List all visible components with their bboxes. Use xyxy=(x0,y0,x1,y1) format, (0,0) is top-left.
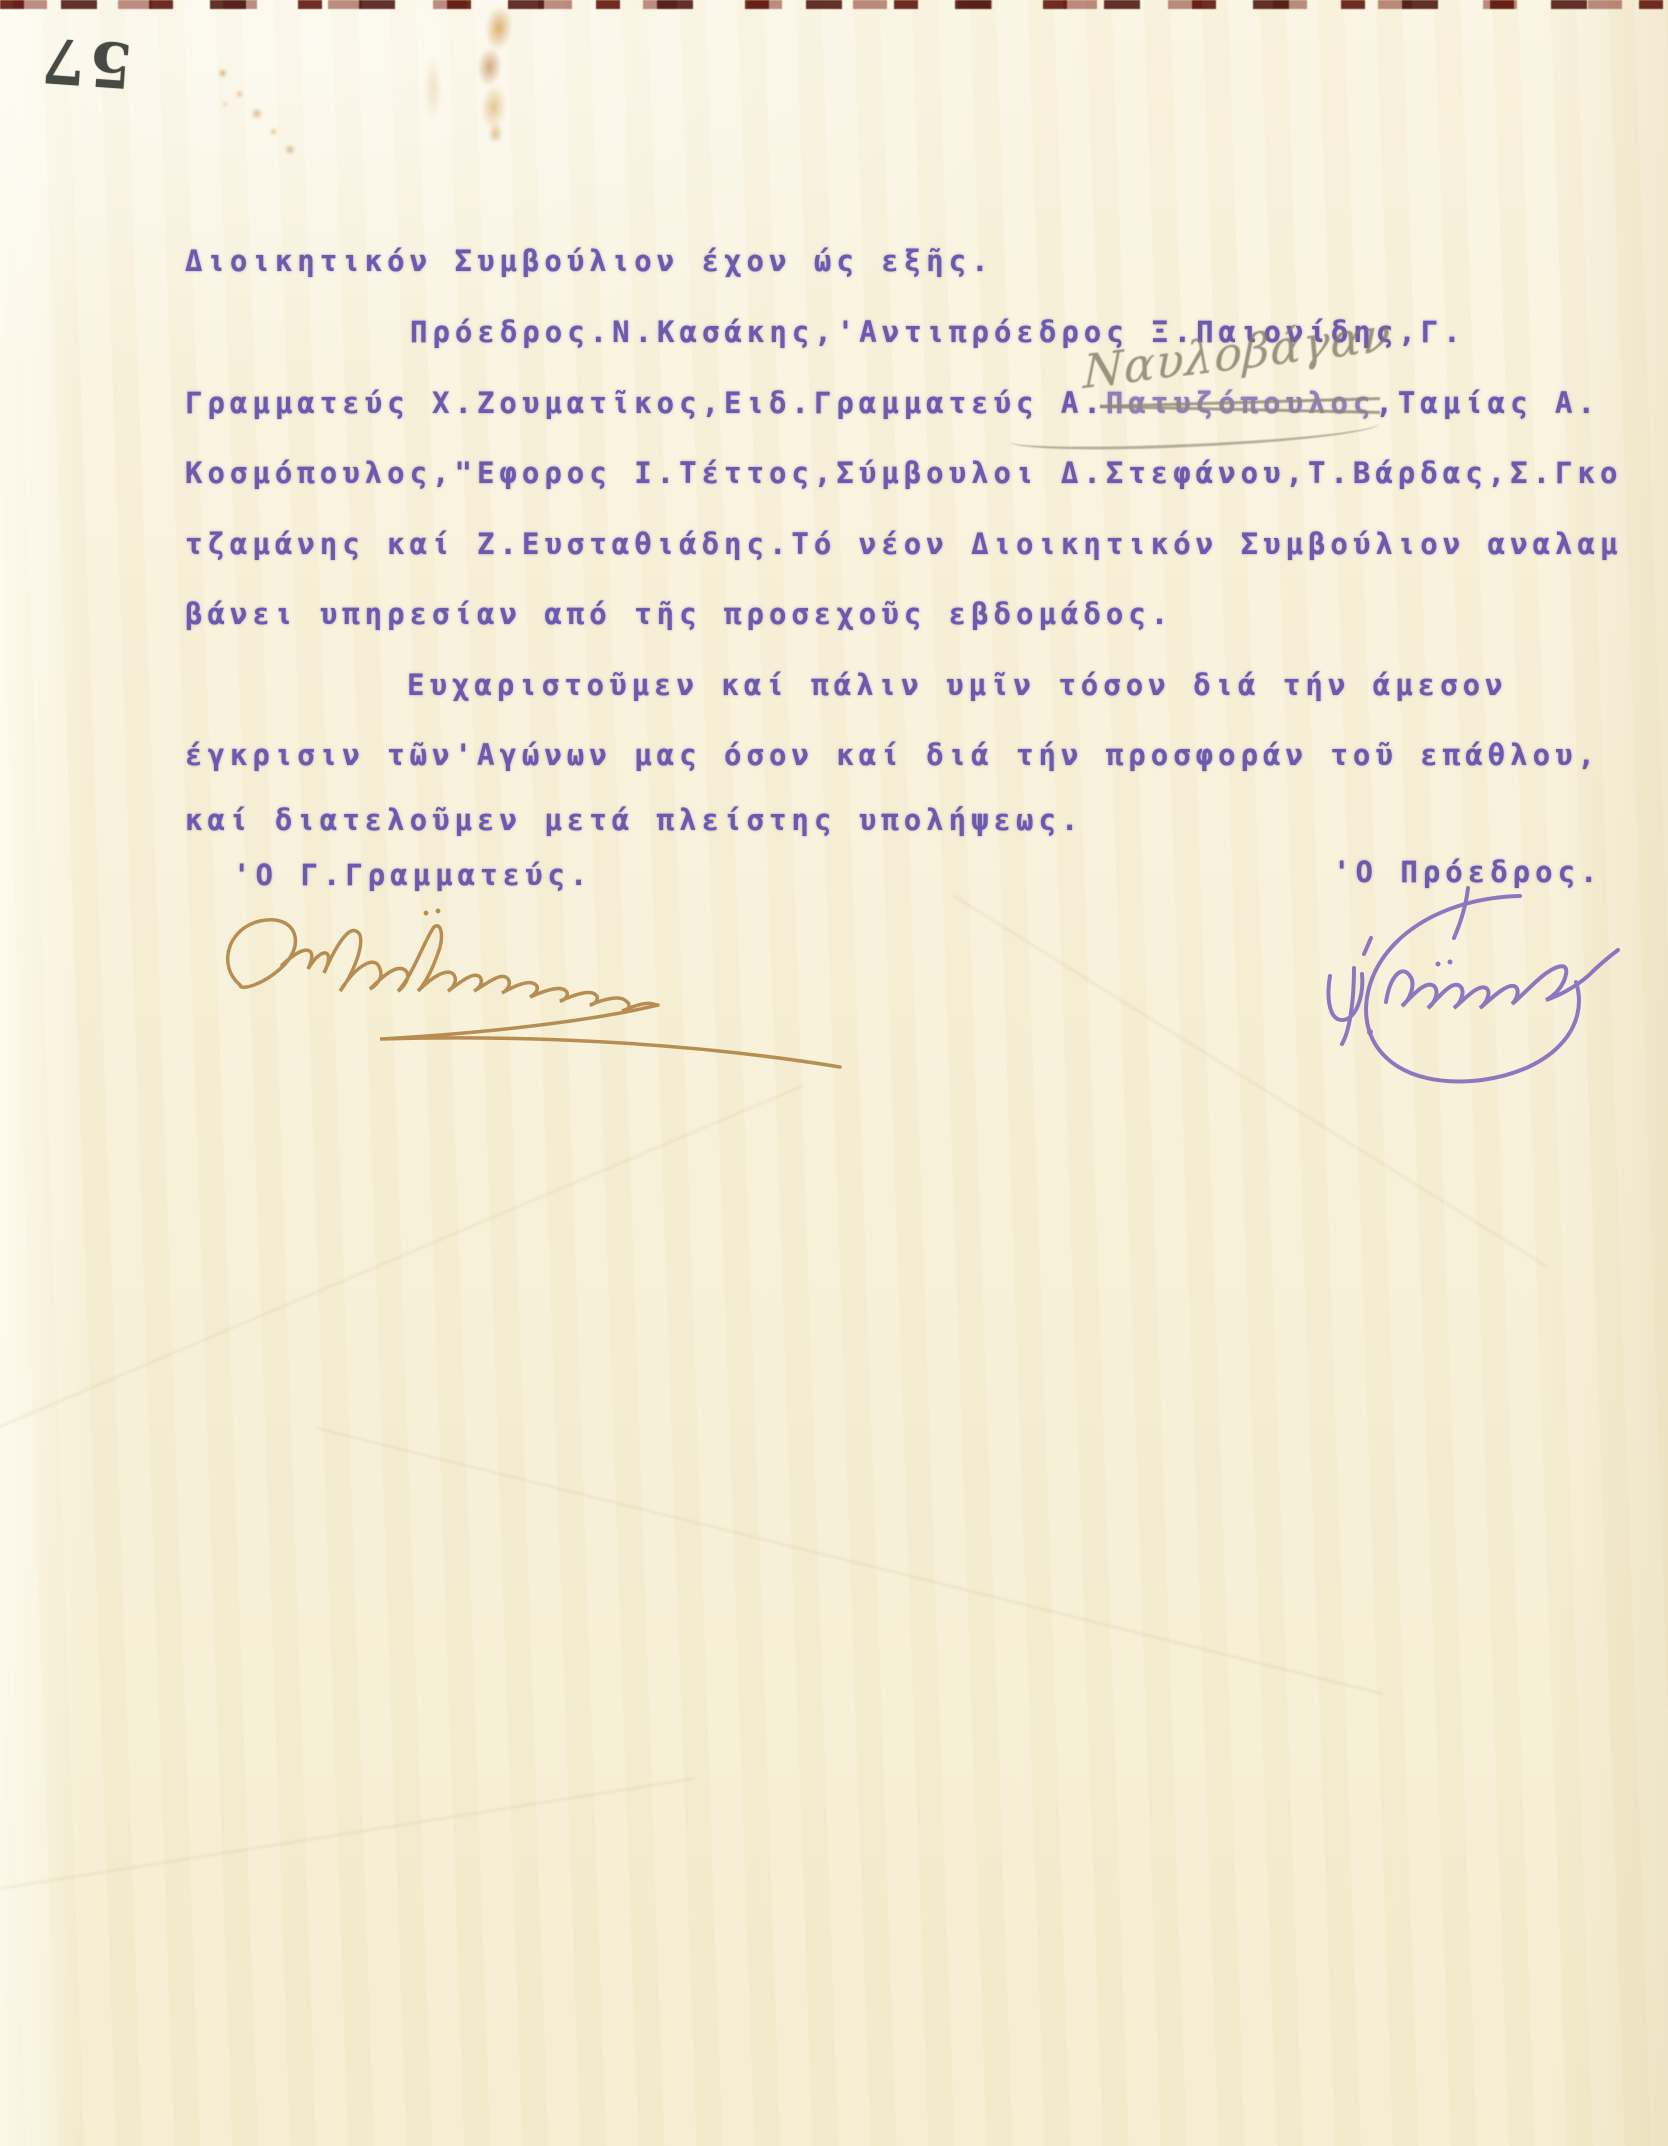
typed-line-3-pre: Γραμματεύς Χ.Ζουματῖκος,Ειδ.Γραμματεύς Α… xyxy=(185,386,1106,420)
typed-line-9: καί διατελοῦμεν μετά πλείστης υπολήψεως. xyxy=(185,806,1083,835)
typed-line-3-post: ,Ταμίας Α. xyxy=(1375,386,1600,420)
secretary-title: 'Ο Γ.Γραμματεύς. xyxy=(233,861,592,890)
typed-line-1: Διοικητικόν Συμβούλιον έχον ώς εξῆς. xyxy=(185,247,994,276)
faint-stain xyxy=(420,42,446,134)
typed-line-6: βάνει υπηρεσίαν από τῆς προσεχοῦς εβδομά… xyxy=(185,600,1173,629)
paper-crease xyxy=(0,1777,695,1904)
typed-line-8: έγκρισιν τῶν'Αγώνων μας όσον καί διά τήν… xyxy=(185,741,1600,770)
president-signature xyxy=(1268,880,1638,1115)
typed-line-5: τζαμάνης καί Ζ.Ευσταθιάδης.Τό νέον Διοικ… xyxy=(185,530,1622,559)
typed-line-4: Κοσμόπουλος,"Εφορος Ι.Τέττος,Σύμβουλοι Δ… xyxy=(185,459,1622,488)
typed-line-7: Ευχαριστοῦμεν καί πάλιν υμῖν τόσον διά τ… xyxy=(407,671,1508,700)
rust-stain xyxy=(177,39,338,172)
paper-crease xyxy=(316,1427,1384,1695)
torn-page-edge xyxy=(0,0,1668,9)
secretary-signature xyxy=(212,893,862,1083)
document-page: 57 Διοικητικόν Συμβούλιον έχον ώς εξῆς. … xyxy=(0,0,1668,2146)
page-number: 57 xyxy=(36,23,135,102)
typed-line-3: Γραμματεύς Χ.Ζουματῖκος,Ειδ.Γραμματεύς Α… xyxy=(185,389,1600,418)
paper-crease xyxy=(0,1084,805,1437)
ink-stain xyxy=(455,5,532,143)
